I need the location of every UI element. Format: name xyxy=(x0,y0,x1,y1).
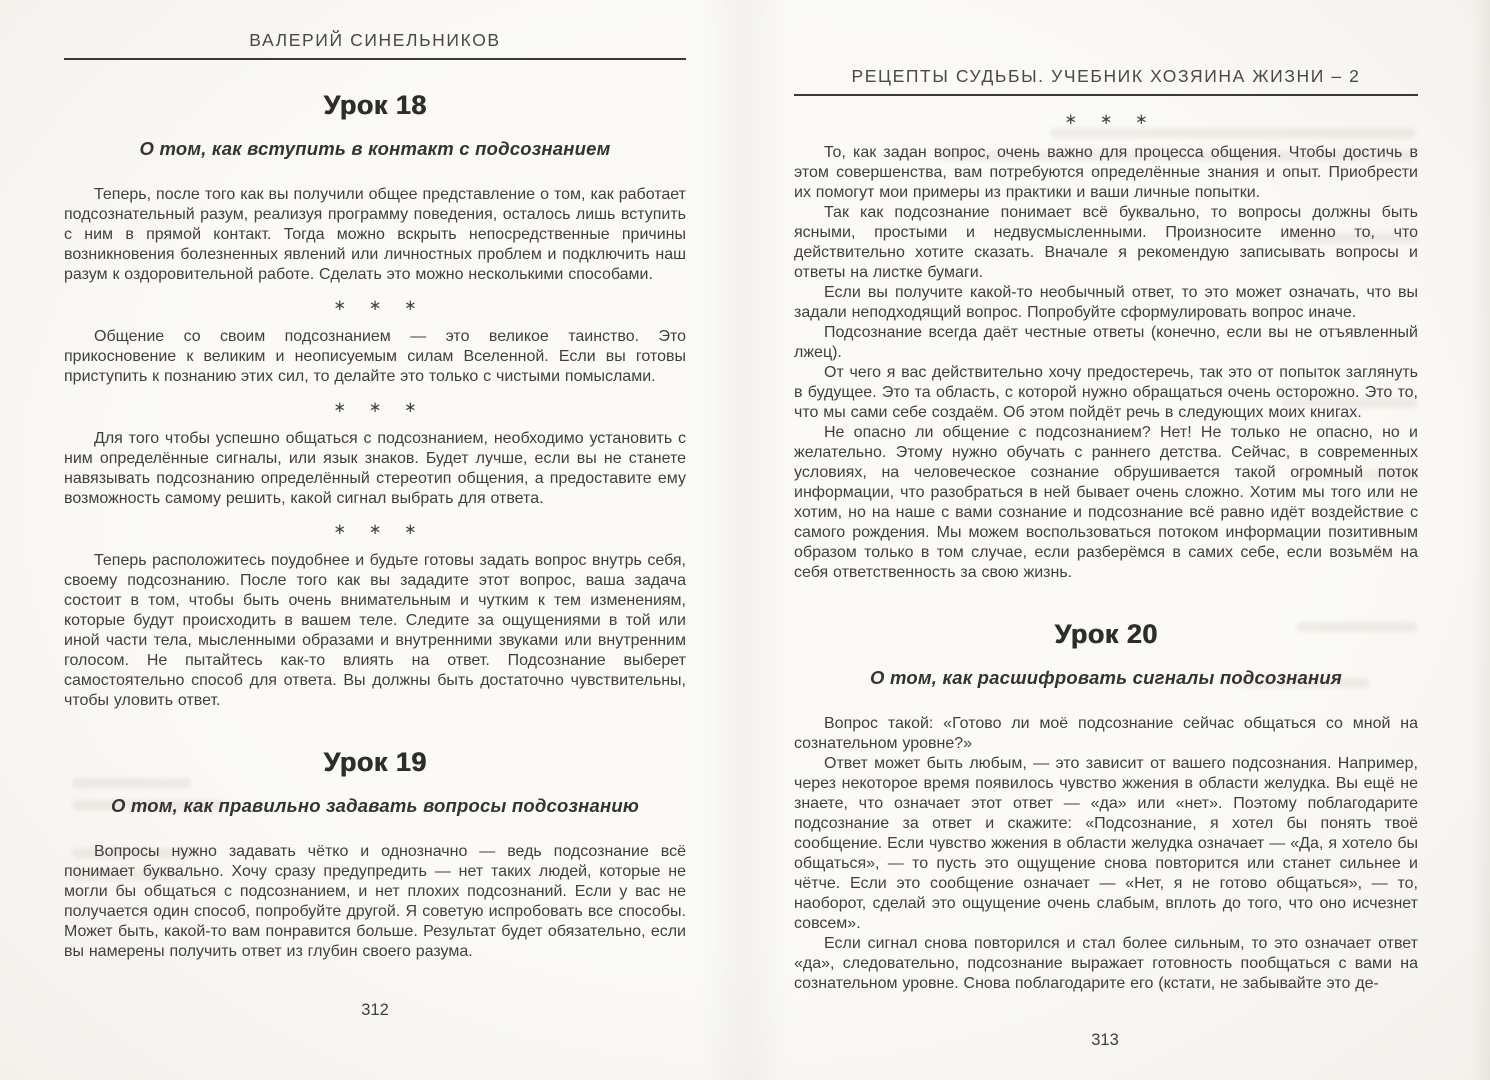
paragraph: Общение со своим подсознанием — это вели… xyxy=(64,327,686,387)
lesson-19-subtitle: О том, как правильно задавать вопросы по… xyxy=(64,795,686,817)
lesson-18-title: Урок 18 xyxy=(64,90,686,121)
paragraph: Ответ может быть любым, — это зависит от… xyxy=(794,754,1418,934)
lesson-20-subtitle: О том, как расшифровать сигналы подсозна… xyxy=(794,667,1418,689)
paragraph: То, как задан вопрос, очень важно для пр… xyxy=(794,143,1418,203)
paragraph: Для того чтобы успешно общаться с подсоз… xyxy=(64,429,686,509)
paragraph: Теперь, после того как вы получили общее… xyxy=(64,185,686,285)
paragraph: Не опасно ли общение с подсознанием? Нет… xyxy=(794,423,1418,583)
page-gutter-shadow xyxy=(700,0,790,1080)
asterisk-separator: ∗ ∗ ∗ xyxy=(64,520,686,538)
paragraph: Вопросы нужно задавать чётко и однозначн… xyxy=(64,842,686,962)
paragraph: Если сигнал снова повторился и стал боле… xyxy=(794,934,1418,994)
asterisk-separator: ∗ ∗ ∗ xyxy=(794,110,1418,128)
paragraph: Так как подсознание понимает всё букваль… xyxy=(794,203,1418,283)
right-running-head: РЕЦЕПТЫ СУДЬБЫ. УЧЕБНИК ХОЗЯИНА ЖИЗНИ – … xyxy=(794,66,1418,96)
paragraph: Подсознание всегда даёт честные ответы (… xyxy=(794,323,1418,363)
right-page: РЕЦЕПТЫ СУДЬБЫ. УЧЕБНИК ХОЗЯИНА ЖИЗНИ – … xyxy=(794,66,1418,994)
lesson-19-title: Урок 19 xyxy=(64,747,686,778)
page-edge-shadow xyxy=(1470,0,1490,1080)
asterisk-separator: ∗ ∗ ∗ xyxy=(64,296,686,314)
paragraph: Если вы получите какой-то необычный отве… xyxy=(794,283,1418,323)
left-page: ВАЛЕРИЙ СИНЕЛЬНИКОВ Урок 18 О том, как в… xyxy=(64,30,686,962)
right-page-number: 313 xyxy=(794,1031,1416,1050)
lesson-20-title: Урок 20 xyxy=(794,619,1418,650)
left-page-number: 312 xyxy=(64,1001,686,1020)
left-running-head: ВАЛЕРИЙ СИНЕЛЬНИКОВ xyxy=(64,30,686,60)
paragraph: От чего я вас действительно хочу предост… xyxy=(794,363,1418,423)
lesson-18-subtitle: О том, как вступить в контакт с подсозна… xyxy=(64,138,686,160)
paragraph: Вопрос такой: «Готово ли моё подсознание… xyxy=(794,714,1418,754)
paragraph: Теперь расположитесь поудобнее и будьте … xyxy=(64,551,686,711)
asterisk-separator: ∗ ∗ ∗ xyxy=(64,398,686,416)
